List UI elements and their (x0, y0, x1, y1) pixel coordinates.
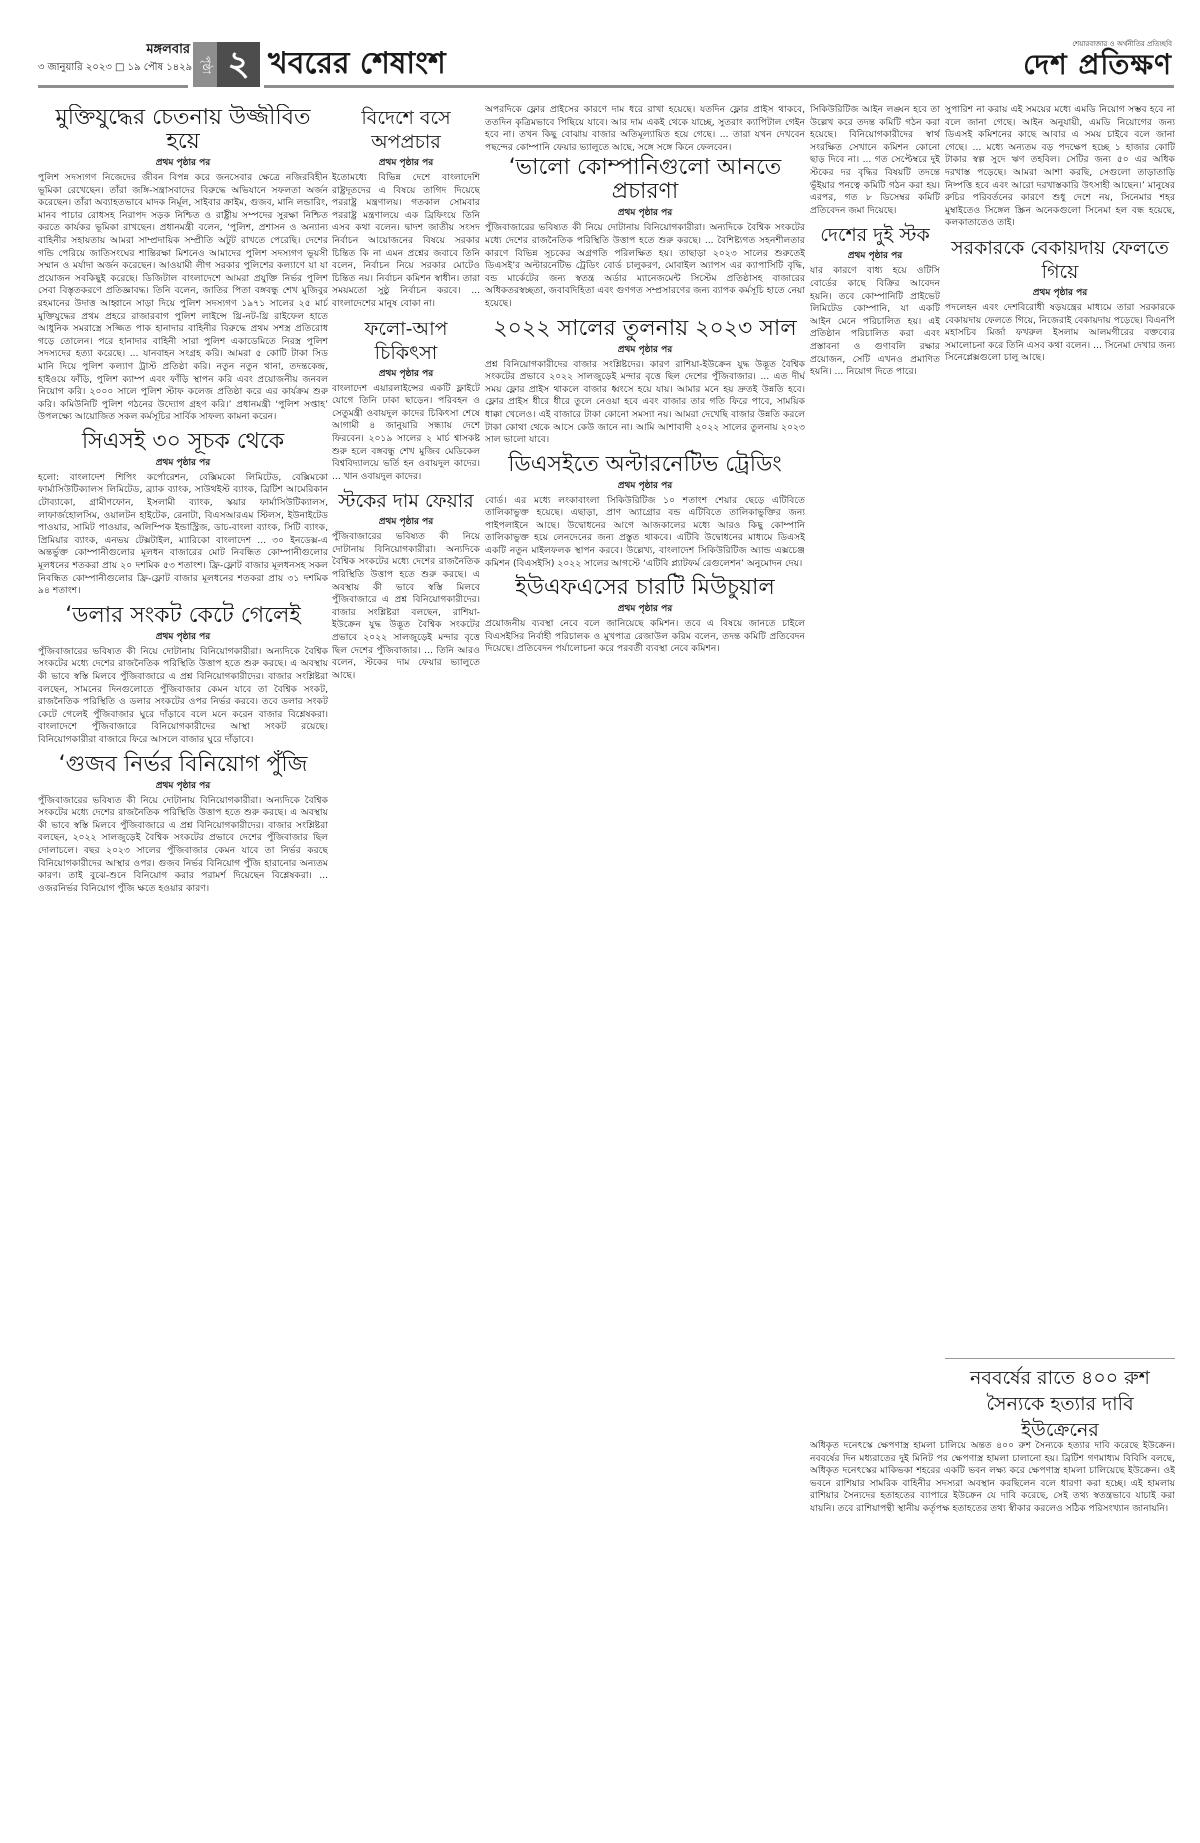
continued-label: প্রথম পৃষ্ঠার পর (38, 455, 328, 470)
story-body: প্রশ্ন বিনিয়োগকারীদের বাজার সংশ্লিষ্টদে… (485, 359, 805, 447)
page-label: পৃষ্ঠা (193, 42, 219, 87)
story-body: সুপারিশ না করায় এই সময়ের মধ্যে এমডি নি… (945, 104, 1175, 230)
story-body: বাংলাদেশ এয়ারলাইন্সের একটি ফ্লাইটে যোগে… (332, 383, 480, 484)
story-body: অধিকৃত দনেৎস্কে ক্ষেপণাস্ত্র হামলা চালিয… (810, 1440, 1175, 1516)
continued-label: প্রথম পৃষ্ঠার পর (485, 478, 805, 493)
column-3: অপরদিকে ফ্লোর প্রাইসের কারণে দাম ধরে রাখ… (485, 104, 805, 1834)
column-1: মুক্তিযুদ্ধের চেতনায় উজ্জীবিত হয়ে প্রথ… (38, 104, 328, 1834)
headline: ‘ডলার সংকট কেটে গেলেই (38, 604, 328, 628)
continued-label: প্রথম পৃষ্ঠার পর (810, 248, 940, 263)
story-body: ইতোমধ্যে বিভিন্ন দেশে বাংলাদেশি রাষ্ট্রদ… (332, 172, 480, 311)
story-body: প্রয়োজনীয় ব্যবস্থা নেবে বলে জানিয়েছে … (485, 618, 805, 656)
headline: ইউএফএসের চারটি মিউচুয়াল (485, 576, 805, 600)
story-body: বোর্ড। এর মধ্যে লংকাবাংলা সিকিউরিটিজ ১০ … (485, 495, 805, 571)
continued-label: প্রথম পৃষ্ঠার পর (38, 778, 328, 793)
story-ukraine: অধিকৃত দনেৎস্কে ক্ষেপণাস্ত্র হামলা চালিয… (810, 1440, 1175, 1835)
page-number: ২ (217, 42, 260, 87)
logo-name: দেশ প্রতিক্ষণ (1023, 50, 1172, 80)
story-body: সিকিউরিটিজ আইন লঙ্ঘন হবে তা উল্লেখ করে ত… (810, 104, 940, 217)
story-ufs-mutual-funds: ইউএফএসের চারটি মিউচুয়াল প্রথম পৃষ্ঠার প… (485, 576, 805, 656)
story-2022-vs-2023: ২০২২ সালের তুলনায় ২০২৩ সাল প্রথম পৃষ্ঠা… (485, 317, 805, 447)
column-5: সুপারিশ না করায় এই সময়ের মধ্যে এমডি নি… (945, 104, 1175, 1134)
continued-label: প্রথম পৃষ্ঠার পর (945, 285, 1175, 300)
header-rule-left (38, 85, 188, 88)
story-propaganda-abroad: বিদেশে বসে অপপ্রচার প্রথম পৃষ্ঠার পর ইতো… (332, 106, 480, 311)
story-body: পুঁজিবাজারের ভবিষ্যত কী নিয়ে দোটানায় ব… (38, 646, 328, 747)
story-followup-treatment: ফলো-আপ চিকিৎসা প্রথম পৃষ্ঠার পর বাংলাদেশ… (332, 317, 480, 484)
continued-label: প্রথম পৃষ্ঠার পর (485, 601, 805, 616)
continued-label: প্রথম পৃষ্ঠার পর (332, 155, 480, 170)
headline: ‘গুজব নির্ভর বিনিয়োগ পুঁজি (38, 753, 328, 777)
story-body: যার কারণে বাধ্য হয়ে ওটিসি বোর্ডের কাছে … (810, 265, 940, 378)
headline: বিদেশে বসে অপপ্রচার (332, 106, 480, 154)
story-continuation: সিকিউরিটিজ আইন লঙ্ঘন হবে তা উল্লেখ করে ত… (810, 104, 940, 217)
story-body: হলো: বাংলাদেশ শিপিং কর্পোরেশন, বেক্সিমকো… (38, 472, 328, 598)
story-government-trouble: সরকারকে বেকায়দায় ফেলতে গিয়ে প্রথম পৃষ… (945, 236, 1175, 365)
story-good-companies: অপরদিকে ফ্লোর প্রাইসের কারণে দাম ধরে রাখ… (485, 104, 805, 311)
story-stock-fair-price: স্টকের দাম ফেয়ার প্রথম পৃষ্ঠার পর পুঁজি… (332, 489, 480, 682)
headline: দেশের দুই স্টক (810, 223, 940, 247)
story-body: পদলেহন এবং দেশবিরোধী ষড়যন্ত্রের মাধ্যমে… (945, 302, 1175, 365)
continued-label: প্রথম পৃষ্ঠার পর (38, 155, 328, 170)
headline: সরকারকে বেকায়দায় ফেলতে গিয়ে (945, 236, 1175, 284)
issue-day: মঙ্গলবার (146, 40, 190, 61)
headline: স্টকের দাম ফেয়ার (332, 489, 480, 513)
story-dse-alternative-trading: ডিএসইতে অল্টারনেটিভ ট্রেডিং প্রথম পৃষ্ঠা… (485, 453, 805, 571)
headline: নববর্ষের রাতে ৪০০ রুশ সৈন্যকে হত্যার দাব… (945, 1358, 1175, 1440)
continued-label: প্রথম পৃষ্ঠার পর (485, 205, 805, 220)
ukraine-headline-block: নববর্ষের রাতে ৪০০ রুশ সৈন্যকে হত্যার দাব… (945, 1350, 1175, 1440)
story-rumor-investment: ‘গুজব নির্ভর বিনিয়োগ পুঁজি প্রথম পৃষ্ঠা… (38, 753, 328, 896)
headline: ফলো-আপ চিকিৎসা (332, 317, 480, 365)
story-dollar-crisis: ‘ডলার সংকট কেটে গেলেই প্রথম পৃষ্ঠার পর প… (38, 604, 328, 747)
story-body: পুঁজিবাজারের ভবিষ্যত কী নিয়ে দোটানায় ব… (332, 531, 480, 682)
story-dse-md: সুপারিশ না করায় এই সময়ের মধ্যে এমডি নি… (945, 104, 1175, 230)
masthead: মঙ্গলবার ৩ জানুয়ারি ২০২৩ □ ১৯ পৌষ ১৪২৯ … (0, 0, 1200, 100)
column-4: সিকিউরিটিজ আইন লঙ্ঘন হবে তা উল্লেখ করে ত… (810, 104, 940, 1434)
story-body: পুঁজিবাজারের ভবিষ্যত কী নিয়ে দোটানায় ব… (38, 795, 328, 896)
story-muktijuddho: মুক্তিযুদ্ধের চেতনায় উজ্জীবিত হয়ে প্রথ… (38, 106, 328, 424)
newspaper-logo: শেয়ারবাজার ও অর্থনীতির প্রতিচ্ছবি দেশ প… (1023, 38, 1172, 80)
headline: মুক্তিযুদ্ধের চেতনায় উজ্জীবিত হয়ে (38, 106, 328, 154)
headline: ‘ভালো কোম্পানিগুলো আনতে প্রচারণা (485, 156, 805, 204)
column-2: বিদেশে বসে অপপ্রচার প্রথম পৃষ্ঠার পর ইতো… (332, 104, 480, 1834)
header-rule-right (264, 85, 1174, 88)
continued-label: প্রথম পৃষ্ঠার পর (485, 342, 805, 357)
section-title: খবরের শেষাংশ (268, 44, 446, 84)
story-body: পুলিশ সদস্যগণ নিজেদের জীবন বিপন্ন করে জন… (38, 172, 328, 424)
headline: ডিএসইতে অল্টারনেটিভ ট্রেডিং (485, 453, 805, 477)
issue-date: ৩ জানুয়ারি ২০২৩ □ ১৯ পৌষ ১৪২৯ (38, 60, 192, 77)
story-body: পুঁজিবাজারের ভবিষ্যত কী নিয়ে দোটানায় ব… (485, 222, 805, 310)
story-cse30: সিএসই ৩০ সূচক থেকে প্রথম পৃষ্ঠার পর হলো:… (38, 430, 328, 598)
continued-label: প্রথম পৃষ্ঠার পর (332, 366, 480, 381)
continued-label: প্রথম পৃষ্ঠার পর (332, 514, 480, 529)
story-lead-in: অপরদিকে ফ্লোর প্রাইসের কারণে দাম ধরে রাখ… (485, 104, 805, 154)
continued-label: প্রথম পৃষ্ঠার পর (38, 629, 328, 644)
headline: সিএসই ৩০ সূচক থেকে (38, 430, 328, 454)
story-two-stocks: দেশের দুই স্টক প্রথম পৃষ্ঠার পর যার কারণ… (810, 223, 940, 378)
headline: ২০২২ সালের তুলনায় ২০২৩ সাল (485, 317, 805, 341)
